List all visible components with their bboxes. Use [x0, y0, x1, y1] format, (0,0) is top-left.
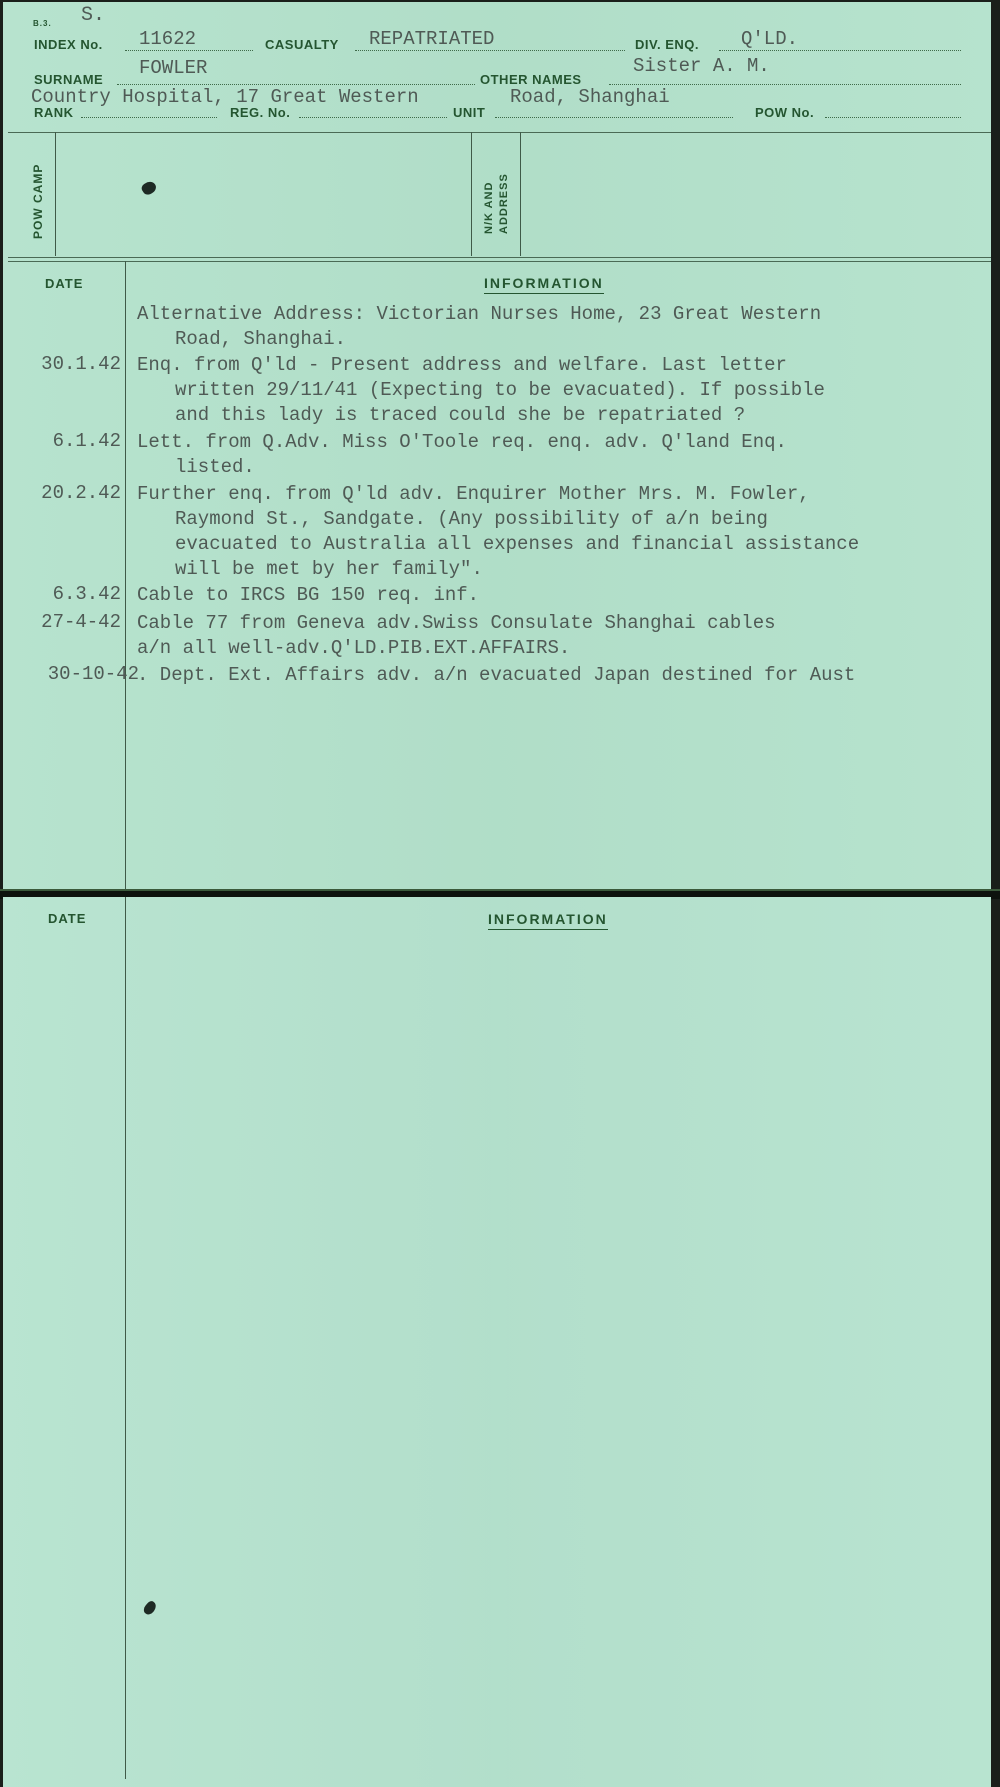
unit-label: UNIT [453, 105, 485, 120]
index-no-line [125, 50, 253, 51]
unit-line [495, 117, 733, 118]
other-names-line [609, 84, 961, 85]
index-card-front: B.3. S. INDEX No. 11622 CASUALTY REPATRI… [3, 2, 991, 889]
entry-date: 20.2.42 [41, 482, 121, 504]
entry-date: 27-4-42 [41, 611, 121, 633]
entry-line: evacuated to Australia all expenses and … [137, 532, 1000, 557]
rank-label: RANK [34, 105, 74, 120]
casualty-value: REPATRIATED [369, 28, 494, 50]
entry-line: Lett. from Q.Adv. Miss O'Toole req. enq.… [137, 430, 1000, 455]
surname-label: SURNAME [34, 72, 103, 87]
casualty-line [355, 50, 625, 51]
entry-text: Cable to IRCS BG 150 req. inf. [137, 583, 1000, 608]
div-enq-line [719, 50, 961, 51]
index-no-value: 11622 [139, 28, 196, 50]
entry-text: Cable 77 from Geneva adv.Swiss Consulate… [137, 611, 1000, 661]
entry-line: written 29/11/41 (Expecting to be evacua… [137, 378, 1000, 403]
nk-address-divider-left [471, 132, 472, 256]
entry-text: Enq. from Q'ld - Present address and wel… [137, 353, 1000, 428]
index-card-back: DATE INFORMATION [3, 897, 991, 1787]
surname-line [117, 84, 475, 85]
reg-no-label: REG. No. [230, 105, 290, 120]
nk-address-label-1: N/K AND [482, 182, 496, 234]
entry-text: Alternative Address: Victorian Nurses Ho… [137, 302, 1000, 352]
address-value-right: Road, Shanghai [510, 86, 670, 108]
surname-value: FOWLER [139, 57, 207, 79]
information-header: INFORMATION [484, 275, 604, 294]
date-header-back: DATE [48, 911, 86, 926]
address-value-left: Country Hospital, 17 Great Western [31, 86, 419, 108]
div-enq-value: Q'LD. [741, 28, 798, 50]
pow-camp-divider [55, 132, 56, 256]
date-column-divider-back [125, 897, 126, 1779]
date-header: DATE [45, 276, 83, 291]
casualty-label: CASUALTY [265, 37, 339, 52]
pow-no-label: POW No. [755, 105, 814, 120]
punch-hole-back [142, 1599, 159, 1616]
entry-date: 30-10-42 [48, 663, 139, 685]
entry-line: Raymond St., Sandgate. (Any possibility … [137, 507, 1000, 532]
entry-line: Cable to IRCS BG 150 req. inf. [137, 583, 1000, 608]
entry-line: Alternative Address: Victorian Nurses Ho… [137, 302, 1000, 327]
entry-line: . Dept. Ext. Affairs adv. a/n evacuated … [137, 663, 1000, 688]
entry-date: 6.1.42 [53, 430, 121, 452]
pow-no-line [825, 117, 961, 118]
nk-address-label-2: ADDRESS [497, 173, 511, 234]
entry-line: Further enq. from Q'ld adv. Enquirer Mot… [137, 482, 1000, 507]
entry-line: a/n all well-adv.Q'LD.PIB.EXT.AFFAIRS. [137, 636, 1000, 661]
date-column-divider [125, 261, 126, 889]
form-code: B.3. [33, 19, 52, 28]
section-letter: S. [81, 4, 105, 27]
punch-hole [140, 179, 158, 197]
entry-line: will be met by her family". [137, 557, 1000, 582]
entry-line: Cable 77 from Geneva adv.Swiss Consulate… [137, 611, 1000, 636]
entry-text: Lett. from Q.Adv. Miss O'Toole req. enq.… [137, 430, 1000, 480]
other-names-label: OTHER NAMES [480, 72, 582, 87]
index-no-label: INDEX No. [34, 37, 103, 52]
pow-camp-label: POW CAMP [31, 164, 45, 239]
section-rule-double-1 [8, 257, 991, 258]
section-rule-double-2 [8, 261, 991, 262]
entry-line: and this lady is traced could she be rep… [137, 403, 1000, 428]
entry-date: 30.1.42 [41, 353, 121, 375]
div-enq-label: DIV. ENQ. [635, 37, 699, 52]
entry-text: . Dept. Ext. Affairs adv. a/n evacuated … [137, 663, 1000, 688]
section-rule-top [8, 132, 991, 133]
other-names-value: Sister A. M. [633, 55, 770, 77]
entry-line: Enq. from Q'ld - Present address and wel… [137, 353, 1000, 378]
reg-no-line [299, 117, 447, 118]
entry-text: Further enq. from Q'ld adv. Enquirer Mot… [137, 482, 1000, 582]
information-header-back: INFORMATION [488, 911, 608, 930]
entry-date: 6.3.42 [53, 583, 121, 605]
nk-address-divider-right [520, 132, 521, 256]
rank-line [81, 117, 217, 118]
entry-line: listed. [137, 455, 1000, 480]
entry-line: Road, Shanghai. [137, 327, 1000, 352]
